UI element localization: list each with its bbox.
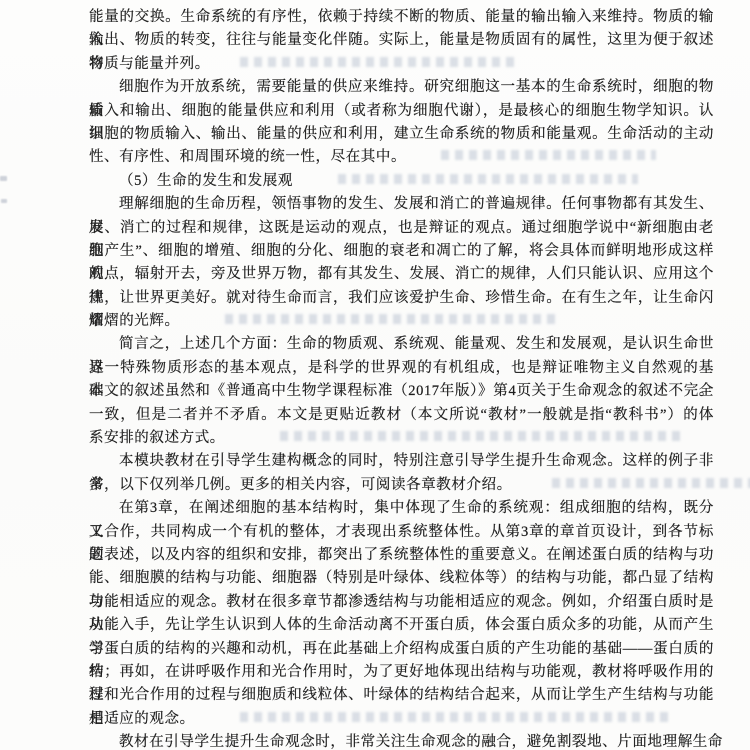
- text-line: 物质与能量并列。: [89, 53, 714, 76]
- text-line: 能、细胞膜的结构与功能、细胞器（特别是叶绿体、线粒体等）的结构与功能，都凸显了结…: [89, 567, 714, 590]
- text-line: 律，让世界更美好。就对待生命而言，我们应该爱护生命、珍惜生命。在有生之年，让生命…: [89, 287, 714, 310]
- text-line: 的表述，以及内容的组织和安排，都突出了系统整体性的重要意义。在阐述蛋白质的结构与…: [89, 544, 714, 567]
- bleed-through-text-artifact: [280, 431, 680, 441]
- text-line: 功能相适应的观念。教材在很多章节都渗透结构与功能相适应的观念。例如，介绍蛋白质时…: [89, 591, 714, 614]
- text-line: 本文的叙述虽然和《普通高中生物学课程标准（2017年版）》第4页关于生命观念的叙…: [89, 380, 714, 403]
- text-line: 习蛋白质的结构的兴趣和动机，再在此基础上介绍构成蛋白质的产生功能的基础——蛋白质…: [89, 638, 714, 661]
- text-line: 能量的交换。生命系统的有序性，依赖于持续不断的物质、能量的输出输入来维持。物质的…: [89, 6, 714, 29]
- text-line: 简言之，上述几个方面：生命的物质观、系统观、能量观、发生和发展观，是认识生命世界: [89, 333, 714, 356]
- text-line: 教材在引导学生提升生命观念时，非常关注生命观念的融合，避免割裂地、片面地理解生命: [89, 731, 714, 750]
- text-line: 胞产生”、细胞的增殖、细胞的分化、细胞的衰老和凋亡的了解，将会具体而鲜明地形成这…: [89, 240, 714, 263]
- text-line: 相适应的观念。: [89, 708, 714, 731]
- text-line: 本模块教材在引导学生建构概念的同时，特别注意引导学生提升生命观念。这样的例子非常: [89, 450, 714, 473]
- text-line: 输出、物质的转变，往往与能量变化伴随。实际上，能量是物质固有的属性，这里为便于叙…: [89, 29, 714, 52]
- text-line-content: 一致，但是二者并不矛盾。本文是更贴近教材（本文所说“教材”一般就是指“教科书”）…: [89, 407, 714, 423]
- text-column: 能量的交换。生命系统的有序性，依赖于持续不断的物质、能量的输出输入来维持。物质的…: [89, 6, 714, 750]
- bleed-through-text-artifact: [552, 478, 750, 488]
- text-line: 这一特殊物质形态的基本观点，是科学的世界观的有机组成，也是辩证唯物主义自然观的基…: [89, 357, 714, 380]
- text-line: 熠熠的光辉。: [89, 310, 714, 333]
- scan-artifact: [1, 199, 7, 203]
- text-line-content: 多，以下仅列举几例。更多的相关内容，可阅读各章教材介绍。: [89, 477, 512, 493]
- bleed-through-text-artifact: [225, 314, 555, 324]
- text-line-content: 本文的叙述虽然和《普通高中生物学课程标准（2017年版）》第4页关于生命观念的叙…: [89, 383, 714, 399]
- text-line: 输入和输出、细胞的能量供应和利用（或者称为细胞代谢），是最核心的细胞生物学知识。…: [89, 100, 714, 123]
- text-line: 功能入手，先让学生认识到人体的生命活动离不开蛋白质，体会蛋白质众多的功能，从而产…: [89, 614, 714, 637]
- scanned-page: 能量的交换。生命系统的有序性，依赖于持续不断的物质、能量的输出输入来维持。物质的…: [0, 0, 750, 750]
- bleed-through-text-artifact: [338, 174, 638, 184]
- text-line: 多，以下仅列举几例。更多的相关内容，可阅读各章教材介绍。: [89, 474, 714, 497]
- text-line-content: 物质与能量并列。: [89, 56, 210, 72]
- bleed-through-text-artifact: [441, 150, 656, 160]
- text-line: 又合作，共同构成一个有机的整体，才表现出系统整体性。从第3章的章首页设计，到各节…: [89, 521, 714, 544]
- bleed-through-text-artifact: [240, 57, 520, 67]
- text-line: 系安排的叙述方式。: [89, 427, 714, 450]
- section-heading-text: （5）生命的发生和发展观: [119, 173, 293, 189]
- text-line-content: 的表述，以及内容的组织和安排，都突出了系统整体性的重要意义。在阐述蛋白质的结构与…: [89, 547, 714, 563]
- text-line-content: 熠熠的光辉。: [89, 313, 180, 329]
- text-line: 理解细胞的生命历程，领悟事物的发生、发展和消亡的普遍规律。任何事物都有其发生、发: [89, 193, 714, 216]
- text-line-content: 相适应的观念。: [89, 711, 195, 727]
- text-line: 性、有序性、和周围环境的统一性，尽在其中。: [89, 146, 714, 169]
- bleed-through-text-artifact: [240, 712, 670, 722]
- text-line: 观点，辐射开去，旁及世界万物，都有其发生、发展、消亡的规律，人们只能认识、应用这…: [89, 263, 714, 286]
- text-line: 程和光合作用的过程与细胞质和线粒体、叶绿体的结构结合起来，从而让学生产生结构与功…: [89, 684, 714, 707]
- text-line-content: 系安排的叙述方式。: [89, 430, 225, 446]
- section-heading: （5）生命的发生和发展观: [89, 170, 714, 193]
- text-line: 细胞的物质输入、输出、能量的供应和利用，建立生命系统的物质和能量观。生命活动的主…: [89, 123, 714, 146]
- scan-artifact: [0, 176, 7, 181]
- text-line: 一致，但是二者并不矛盾。本文是更贴近教材（本文所说“教材”一般就是指“教科书”）…: [89, 404, 714, 427]
- text-line: 展、消亡的过程和规律，这既是运动的观点，也是辩证的观点。通过细胞学说中“新细胞由…: [89, 217, 714, 240]
- text-line: 构；再如，在讲呼吸作用和光合作用时，为了更好地体现出结构与功能观，教材将呼吸作用…: [89, 661, 714, 684]
- text-line: 在第3章，在阐述细胞的基本结构时，集中体现了生命的系统观：组成细胞的结构，既分工: [89, 497, 714, 520]
- text-line: 细胞作为开放系统，需要能量的供应来维持。研究细胞这一基本的生命系统时，细胞的物质: [89, 76, 714, 99]
- text-line-content: 性、有序性、和周围环境的统一性，尽在其中。: [89, 149, 406, 165]
- text-line-content: 教材在引导学生提升生命观念时，非常关注生命观念的融合，避免割裂地、片面地理解生命: [119, 734, 723, 750]
- text-line-content: 细胞的物质输入、输出、能量的供应和利用，建立生命系统的物质和能量观。生命活动的主…: [89, 126, 714, 142]
